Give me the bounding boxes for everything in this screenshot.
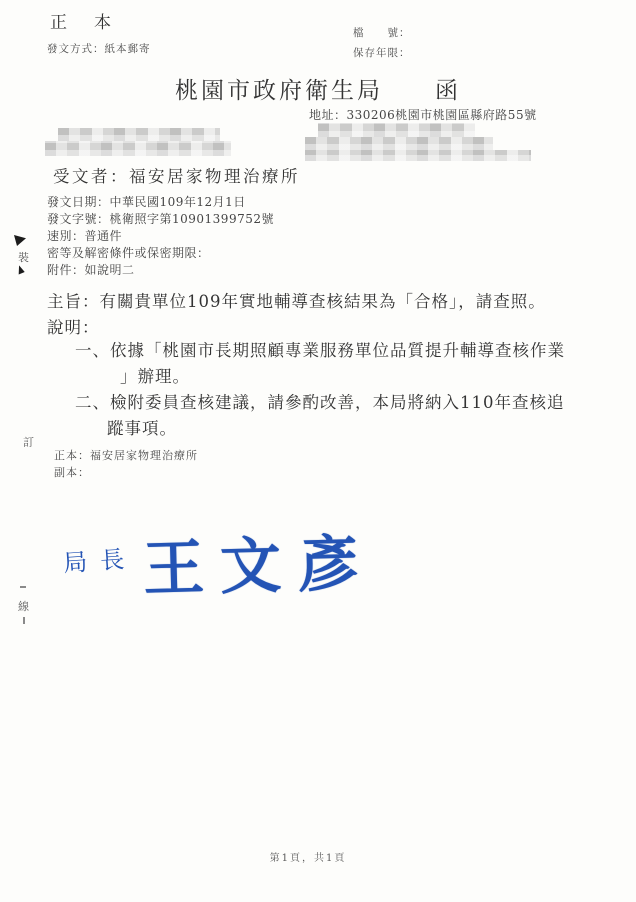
- subject-line: 主旨：有關貴單位109年實地輔導查核結果為「合格」，請查照。: [47, 288, 546, 312]
- explanation-line: 一、依據「桃園市長期照顧專業服務單位品質提升輔導查核作業: [75, 337, 565, 361]
- binding-mark-xian: 線: [18, 598, 29, 614]
- issue-number-line: 發文字號：桃衛照字第10901399752號: [47, 210, 274, 227]
- secrecy-line: 密等及解密條件或保密期限：: [47, 244, 210, 261]
- speed-class-line: 速別：普通件: [47, 227, 122, 244]
- signature-name: 王文彥: [142, 515, 375, 608]
- redacted-block-recipient-address: [58, 128, 220, 141]
- redacted-block-contact-info: [305, 150, 531, 161]
- binding-mark-ding: 訂: [23, 434, 34, 450]
- binding-tick-icon: [23, 617, 25, 624]
- send-method-label: 發文方式：紙本郵寄: [47, 41, 151, 56]
- agency-address: 地址：330206桃園市桃園區縣府路55號: [309, 106, 537, 123]
- redacted-block-recipient-address: [45, 141, 231, 156]
- copy-type-label: 正 本: [50, 8, 116, 33]
- page-footer: 第1頁，共1頁: [248, 849, 368, 864]
- redacted-block-contact-info: [305, 137, 493, 150]
- redacted-block-contact-info: [318, 123, 475, 137]
- official-letter-page: 正 本 發文方式：紙本郵寄 檔 號： 保存年限： 桃園市政府衛生局 函 地址：3…: [0, 0, 636, 902]
- explanation-line: 二、檢附委員查核建議，請參酌改善，本局將納入110年查核追: [75, 389, 565, 413]
- binding-arrow-icon: [14, 235, 26, 246]
- explanation-heading: 說明：: [47, 314, 100, 338]
- document-title: 桃園市政府衛生局 函: [0, 72, 636, 105]
- cc-copy-line: 副本：: [54, 464, 90, 480]
- explanation-line: 蹤事項。: [107, 415, 177, 439]
- file-number-label: 檔 號：: [353, 25, 411, 40]
- recipient-line: 受文者：福安居家物理治療所: [53, 163, 300, 187]
- binding-arrow-icon: [16, 265, 26, 276]
- explanation-line: 」辦理。: [120, 363, 190, 387]
- signer-title: 局長: [62, 538, 138, 578]
- binding-mark-zhuang: 裝: [18, 249, 29, 265]
- original-copy-line: 正本：福安居家物理治療所: [54, 447, 198, 463]
- binding-dash-icon: [20, 586, 26, 588]
- retention-period-label: 保存年限：: [353, 45, 411, 60]
- issue-date-line: 發文日期：中華民國109年12月1日: [47, 193, 246, 210]
- attachment-line: 附件：如說明二: [47, 261, 135, 278]
